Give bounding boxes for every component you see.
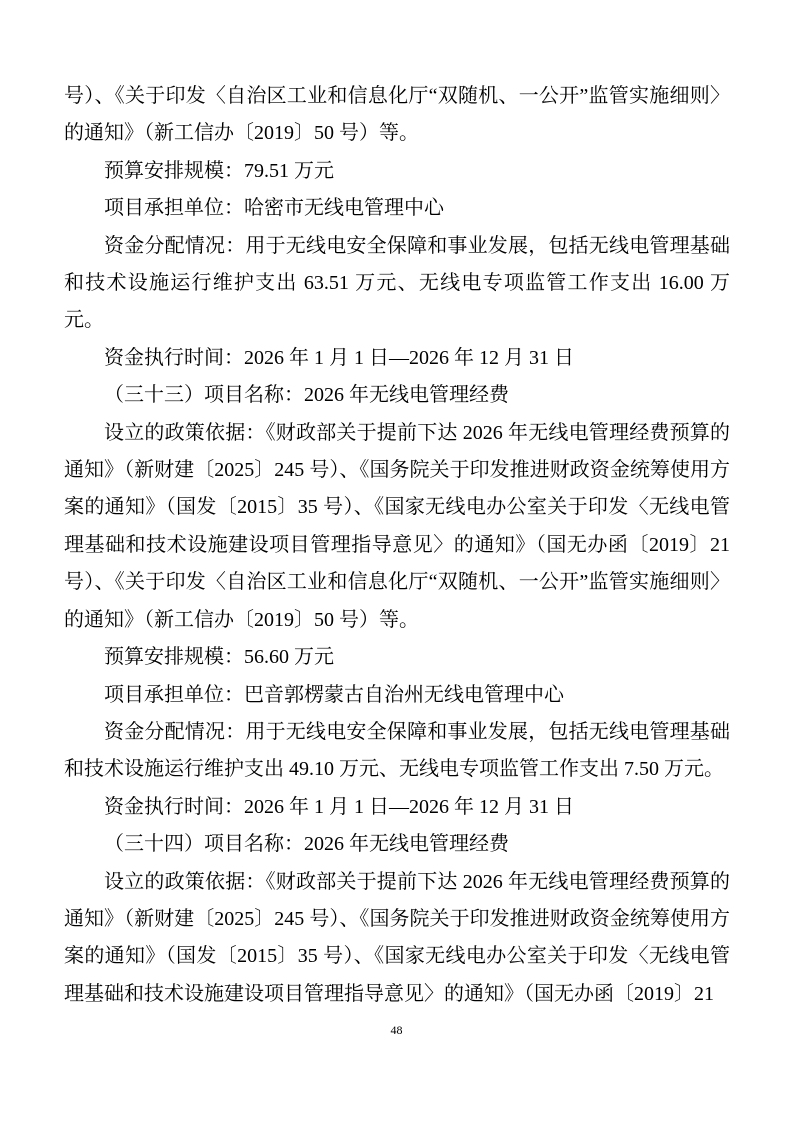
paragraph: 资金执行时间：2026 年 1 月 1 日—2026 年 12 月 31 日: [64, 340, 730, 377]
paragraph: 项目承担单位：巴音郭楞蒙古自治州无线电管理中心: [64, 677, 730, 714]
paragraph: 资金分配情况：用于无线电安全保障和事业发展，包括无线电管理基础和技术设施运行维护…: [64, 714, 730, 789]
paragraph: （三十三）项目名称：2026 年无线电管理经费: [64, 377, 730, 414]
paragraph: （三十四）项目名称：2026 年无线电管理经费: [64, 826, 730, 863]
paragraph: 预算安排规模：56.60 万元: [64, 639, 730, 676]
paragraph: 设立的政策依据：《财政部关于提前下达 2026 年无线电管理经费预算的通知》（新…: [64, 864, 730, 1014]
document-body: 号）、《关于印发〈自治区工业和信息化厅“双随机、一公开”监管实施细则〉的通知》（…: [64, 78, 730, 1013]
document-page: 号）、《关于印发〈自治区工业和信息化厅“双随机、一公开”监管实施细则〉的通知》（…: [0, 0, 793, 1122]
paragraph: 预算安排规模：79.51 万元: [64, 153, 730, 190]
page-number: 48: [0, 1022, 793, 1038]
paragraph: 资金执行时间：2026 年 1 月 1 日—2026 年 12 月 31 日: [64, 789, 730, 826]
paragraph: 项目承担单位：哈密市无线电管理中心: [64, 190, 730, 227]
paragraph: 设立的政策依据：《财政部关于提前下达 2026 年无线电管理经费预算的通知》（新…: [64, 415, 730, 639]
paragraph: 号）、《关于印发〈自治区工业和信息化厅“双随机、一公开”监管实施细则〉的通知》（…: [64, 78, 730, 153]
paragraph: 资金分配情况：用于无线电安全保障和事业发展，包括无线电管理基础和技术设施运行维护…: [64, 228, 730, 340]
